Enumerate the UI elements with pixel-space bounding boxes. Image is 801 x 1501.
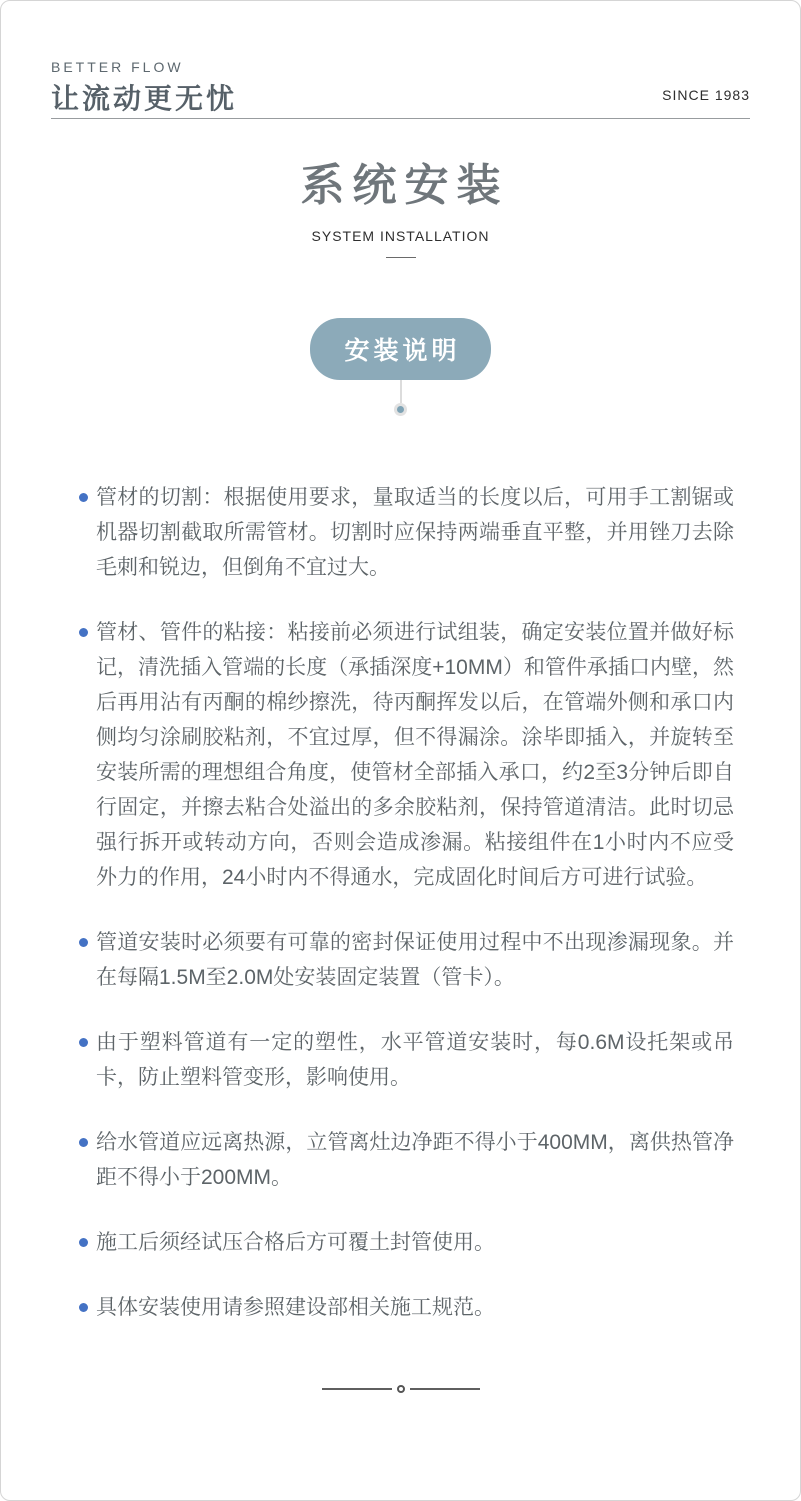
bullet-icon [79, 1303, 88, 1312]
badge-section: 安装说明 [1, 318, 800, 416]
since-label: SINCE 1983 [662, 87, 750, 103]
list-item: 给水管道应远离热源，立管离灶边净距不得小于400MM，离供热管净距不得小于200… [79, 1125, 734, 1195]
footer-circle-icon [397, 1385, 405, 1393]
page: BETTER FLOW 让流动更无忧 SINCE 1983 系统安装 SYSTE… [0, 0, 801, 1501]
list-item-text: 管材、管件的粘接：粘接前必须进行试组装，确定安装位置并做好标记，清洗插入管端的长… [96, 621, 734, 889]
list-item-text: 给水管道应远离热源，立管离灶边净距不得小于400MM，离供热管净距不得小于200… [96, 1131, 734, 1189]
bullet-icon [79, 1038, 88, 1047]
list-item-text: 管材的切割：根据使用要求，量取适当的长度以后，可用手工割锯或机器切割截取所需管材… [96, 486, 734, 579]
brand-logo-text: 让流动更无忧 [51, 77, 237, 117]
list-item: 管材、管件的粘接：粘接前必须进行试组装，确定安装位置并做好标记，清洗插入管端的长… [79, 615, 734, 895]
badge-connector-line [400, 380, 402, 403]
brand-tagline: BETTER FLOW [51, 59, 237, 75]
brand-logo-block: BETTER FLOW 让流动更无忧 [51, 59, 237, 117]
bullet-icon [79, 1138, 88, 1147]
page-title: 系统安装 [1, 149, 800, 213]
badge-dot-icon [394, 403, 407, 416]
list-item: 施工后须经试压合格后方可覆土封管使用。 [79, 1225, 734, 1260]
bullet-icon [79, 493, 88, 502]
title-section: 系统安装 SYSTEM INSTALLATION [1, 149, 800, 258]
list-item-text: 管道安装时必须要有可靠的密封保证使用过程中不出现渗漏现象。并在每隔1.5M至2.… [96, 931, 734, 989]
footer-line-left [322, 1388, 392, 1390]
bullet-icon [79, 1238, 88, 1247]
list-item-text: 施工后须经试压合格后方可覆土封管使用。 [96, 1231, 495, 1254]
title-underline [386, 257, 416, 258]
header: BETTER FLOW 让流动更无忧 SINCE 1983 [51, 1, 750, 119]
list-item-text: 由于塑料管道有一定的塑性，水平管道安装时，每0.6M设托架或吊卡，防止塑料管变形… [96, 1031, 734, 1089]
header-divider [51, 118, 750, 119]
footer-divider [1, 1385, 800, 1393]
bullet-icon [79, 628, 88, 637]
page-subtitle: SYSTEM INSTALLATION [1, 228, 800, 244]
bullet-icon [79, 938, 88, 947]
footer-line-right [410, 1388, 480, 1390]
list-item: 具体安装使用请参照建设部相关施工规范。 [79, 1290, 734, 1325]
instructions-list: 管材的切割：根据使用要求，量取适当的长度以后，可用手工割锯或机器切割截取所需管材… [79, 480, 734, 1355]
install-badge: 安装说明 [310, 318, 490, 380]
list-item: 管材的切割：根据使用要求，量取适当的长度以后，可用手工割锯或机器切割截取所需管材… [79, 480, 734, 585]
list-item: 由于塑料管道有一定的塑性，水平管道安装时，每0.6M设托架或吊卡，防止塑料管变形… [79, 1025, 734, 1095]
list-item-text: 具体安装使用请参照建设部相关施工规范。 [96, 1296, 495, 1319]
list-item: 管道安装时必须要有可靠的密封保证使用过程中不出现渗漏现象。并在每隔1.5M至2.… [79, 925, 734, 995]
